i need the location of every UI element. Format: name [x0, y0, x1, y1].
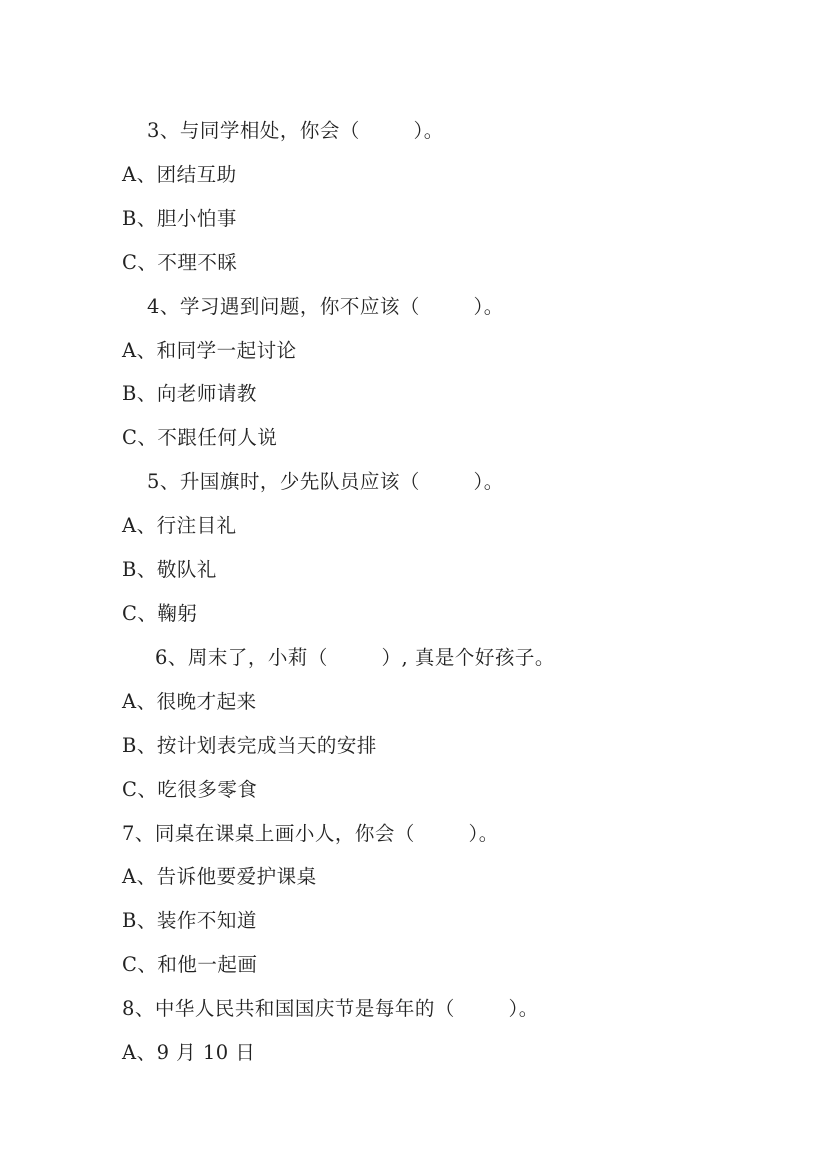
quiz-page: 3、与同学相处，你会（ ）。 A、团结互助 B、胆小怕事 C、不理不睬 4、学习…: [0, 0, 826, 1169]
question-4-title: 4、学习遇到问题，你不应该（ ）。: [122, 285, 766, 329]
question-5-title: 5、升国旗时，少先队员应该（ ）。: [122, 460, 766, 504]
question-4: 4、学习遇到问题，你不应该（ ）。 A、和同学一起讨论 B、向老师请教 C、不跟…: [122, 285, 766, 461]
question-4-option-b: B、向老师请教: [122, 372, 766, 416]
question-3-option-c: C、不理不睬: [122, 241, 766, 285]
question-7-option-b: B、装作不知道: [122, 899, 766, 943]
question-6-option-a: A、很晚才起来: [122, 680, 766, 724]
question-5-option-a: A、行注目礼: [122, 504, 766, 548]
question-5-option-c: C、鞠躬: [122, 592, 766, 636]
question-3-option-a: A、团结互助: [122, 153, 766, 197]
question-6-option-b: B、按计划表完成当天的安排: [122, 724, 766, 768]
question-6: 6、周末了，小莉（ ）, 真是个好孩子。 A、很晚才起来 B、按计划表完成当天的…: [122, 636, 766, 812]
question-3-title: 3、与同学相处，你会（ ）。: [122, 109, 766, 153]
question-7-option-c: C、和他一起画: [122, 943, 766, 987]
question-7: 7、同桌在课桌上画小人，你会（ ）。 A、告诉他要爱护课桌 B、装作不知道 C、…: [122, 812, 766, 988]
question-5: 5、升国旗时，少先队员应该（ ）。 A、行注目礼 B、敬队礼 C、鞠躬: [122, 460, 766, 636]
question-4-option-c: C、不跟任何人说: [122, 416, 766, 460]
question-8-title: 8、中华人民共和国国庆节是每年的（ ）。: [122, 987, 766, 1031]
question-5-option-b: B、敬队礼: [122, 548, 766, 592]
question-8-option-a: A、9 月 10 日: [122, 1031, 766, 1075]
question-4-option-a: A、和同学一起讨论: [122, 329, 766, 373]
question-3: 3、与同学相处，你会（ ）。 A、团结互助 B、胆小怕事 C、不理不睬: [122, 109, 766, 285]
question-8: 8、中华人民共和国国庆节是每年的（ ）。 A、9 月 10 日: [122, 987, 766, 1075]
question-7-title: 7、同桌在课桌上画小人，你会（ ）。: [122, 812, 766, 856]
question-6-option-c: C、吃很多零食: [122, 768, 766, 812]
question-3-option-b: B、胆小怕事: [122, 197, 766, 241]
question-6-title: 6、周末了，小莉（ ）, 真是个好孩子。: [122, 636, 766, 680]
question-7-option-a: A、告诉他要爱护课桌: [122, 855, 766, 899]
